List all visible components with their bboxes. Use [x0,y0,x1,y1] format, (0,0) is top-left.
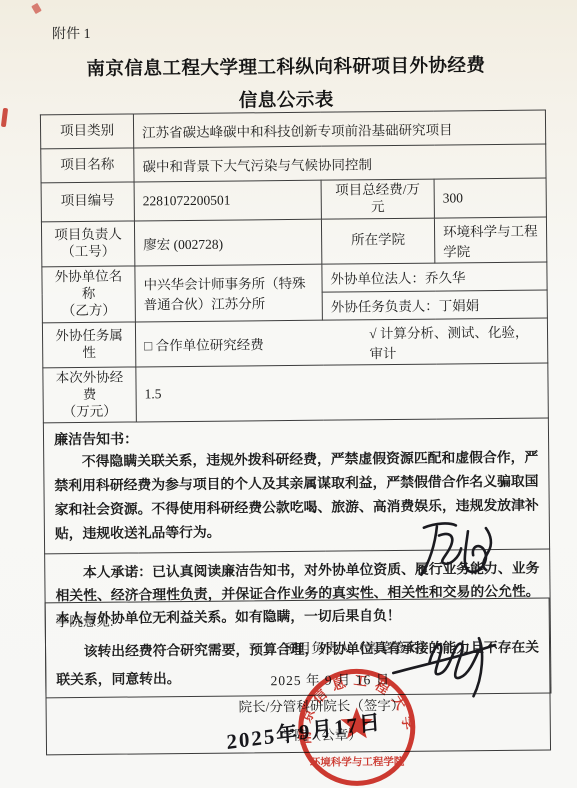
row-project-name: 项目名称 碳中和背景下大气污染与气候协同控制 [41,144,546,183]
project-number-label: 项目编号 [41,182,134,222]
row-project-leader: 项目负责人 （工号） 廖宏 (002728) 所在学院 环境科学与工程学院 [41,217,546,267]
current-amount-value: 1.5 [136,363,549,423]
total-budget-value: 300 [434,178,546,218]
row-current-amount: 本次外协经费 （万元） 1.5 [43,363,549,423]
task-manager-value: 外协任务负责人：丁娟娟 [322,290,547,320]
attachment-label: 附件 1 [52,23,91,43]
project-leader-label: 项目负责人 （工号） [41,221,134,267]
scanned-document-sheet: 附件 1 南京信息工程大学理工科纵向科研项目外协经费 信息公示表 项目类别 江苏… [0,0,577,788]
project-category-value: 江苏省碳达峰碳中和科技创新专项前沿基础研究项目 [133,110,545,148]
leader-signature [414,514,511,587]
seal-college-text: 环境科学与工程学院 [310,755,405,769]
title-line-1: 南京信息工程大学理工科纵向科研项目外协经费 [0,47,575,86]
legal-person-value: 外协单位法人：乔久华 [322,262,547,292]
college-seal-stamp: 南京信息工程大学 环境科学与工程学院 [296,667,417,788]
college-label: 所在学院 [321,218,434,264]
project-leader-value: 廖宏 (002728) [134,219,321,266]
row-project-category: 项目类别 江苏省碳达峰碳中和科技创新专项前沿基础研究项目 [40,110,545,149]
row-project-number: 项目编号 2281072200501 项目总经费/万元 300 [41,178,546,222]
partner-unit-label: 外协单位名称 （乙方） [42,266,136,323]
partner-unit-value: 中兴华会计师事务所（特殊普通合伙）江苏分所 [135,264,323,322]
task-attribute-label: 外协任务属性 [42,322,135,368]
task-attribute-option-unchecked: □ 合作单位研究经费 [144,332,369,354]
seal-star-icon [340,707,373,738]
project-name-label: 项目名称 [41,148,134,183]
task-attribute-option-checked: √ 计算分析、测试、化验，审计 [369,320,539,362]
college-value: 环境科学与工程学院 [434,217,546,263]
document-title: 南京信息工程大学理工科纵向科研项目外协经费 信息公示表 [0,47,575,119]
row-task-attribute: 外协任务属性 □ 合作单位研究经费 √ 计算分析、测试、化验，审计 [42,318,547,368]
project-category-label: 项目类别 [40,114,133,149]
college-opinion-heading: 学院意见: [56,606,539,631]
current-amount-label: 本次外协经费 （万元） [43,367,137,424]
project-name-value: 碳中和背景下大气污染与气候协同控制 [134,144,546,182]
total-budget-label: 项目总经费/万元 [321,179,434,219]
task-attribute-options: □ 合作单位研究经费 √ 计算分析、测试、化验，审计 [135,318,547,367]
project-number-value: 2281072200501 [134,180,321,221]
